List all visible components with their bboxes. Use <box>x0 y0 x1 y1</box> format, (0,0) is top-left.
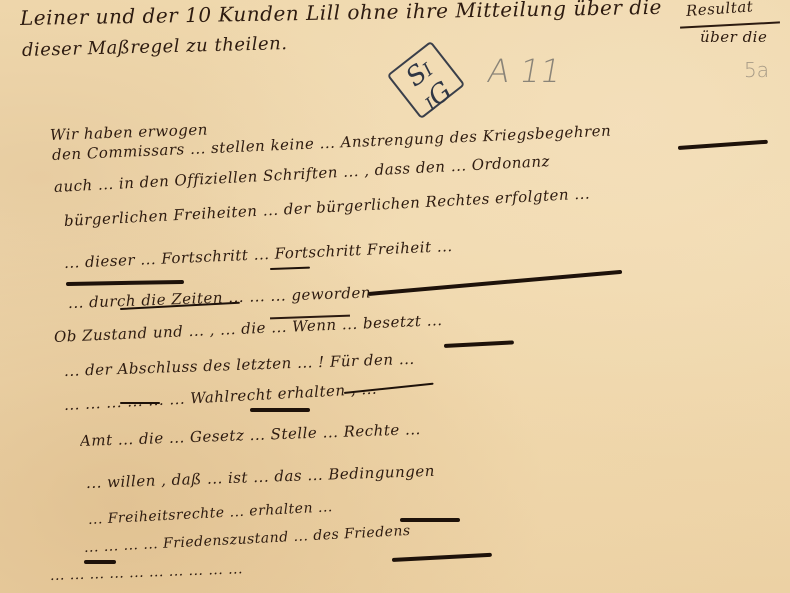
strikethrough <box>270 267 310 270</box>
manuscript-line-2: dieser Maßregel zu theilen. <box>22 33 288 61</box>
strikethrough <box>250 408 310 412</box>
manuscript-line-12: Amt ... die ... Gesetz ... Stelle ... Re… <box>80 408 760 450</box>
library-stamp: SI IG <box>384 42 470 124</box>
manuscript-page: Leiner und der 10 Kunden Lill ohne ihre … <box>0 0 790 593</box>
manuscript-line-1: Leiner und der 10 Kunden Lill ohne ihre … <box>20 0 700 30</box>
manuscript-line-7: ... dieser ... Fortschritt ... Fortschri… <box>64 223 764 272</box>
margin-note-line-1: Resultat <box>685 0 753 20</box>
strikethrough <box>66 280 184 286</box>
pencil-shelfmark: A 11 <box>485 52 564 90</box>
pencil-folio: 5a <box>744 58 769 82</box>
strikethrough <box>84 560 116 564</box>
margin-note-line-2: über die <box>700 28 767 46</box>
strikethrough <box>120 402 160 404</box>
